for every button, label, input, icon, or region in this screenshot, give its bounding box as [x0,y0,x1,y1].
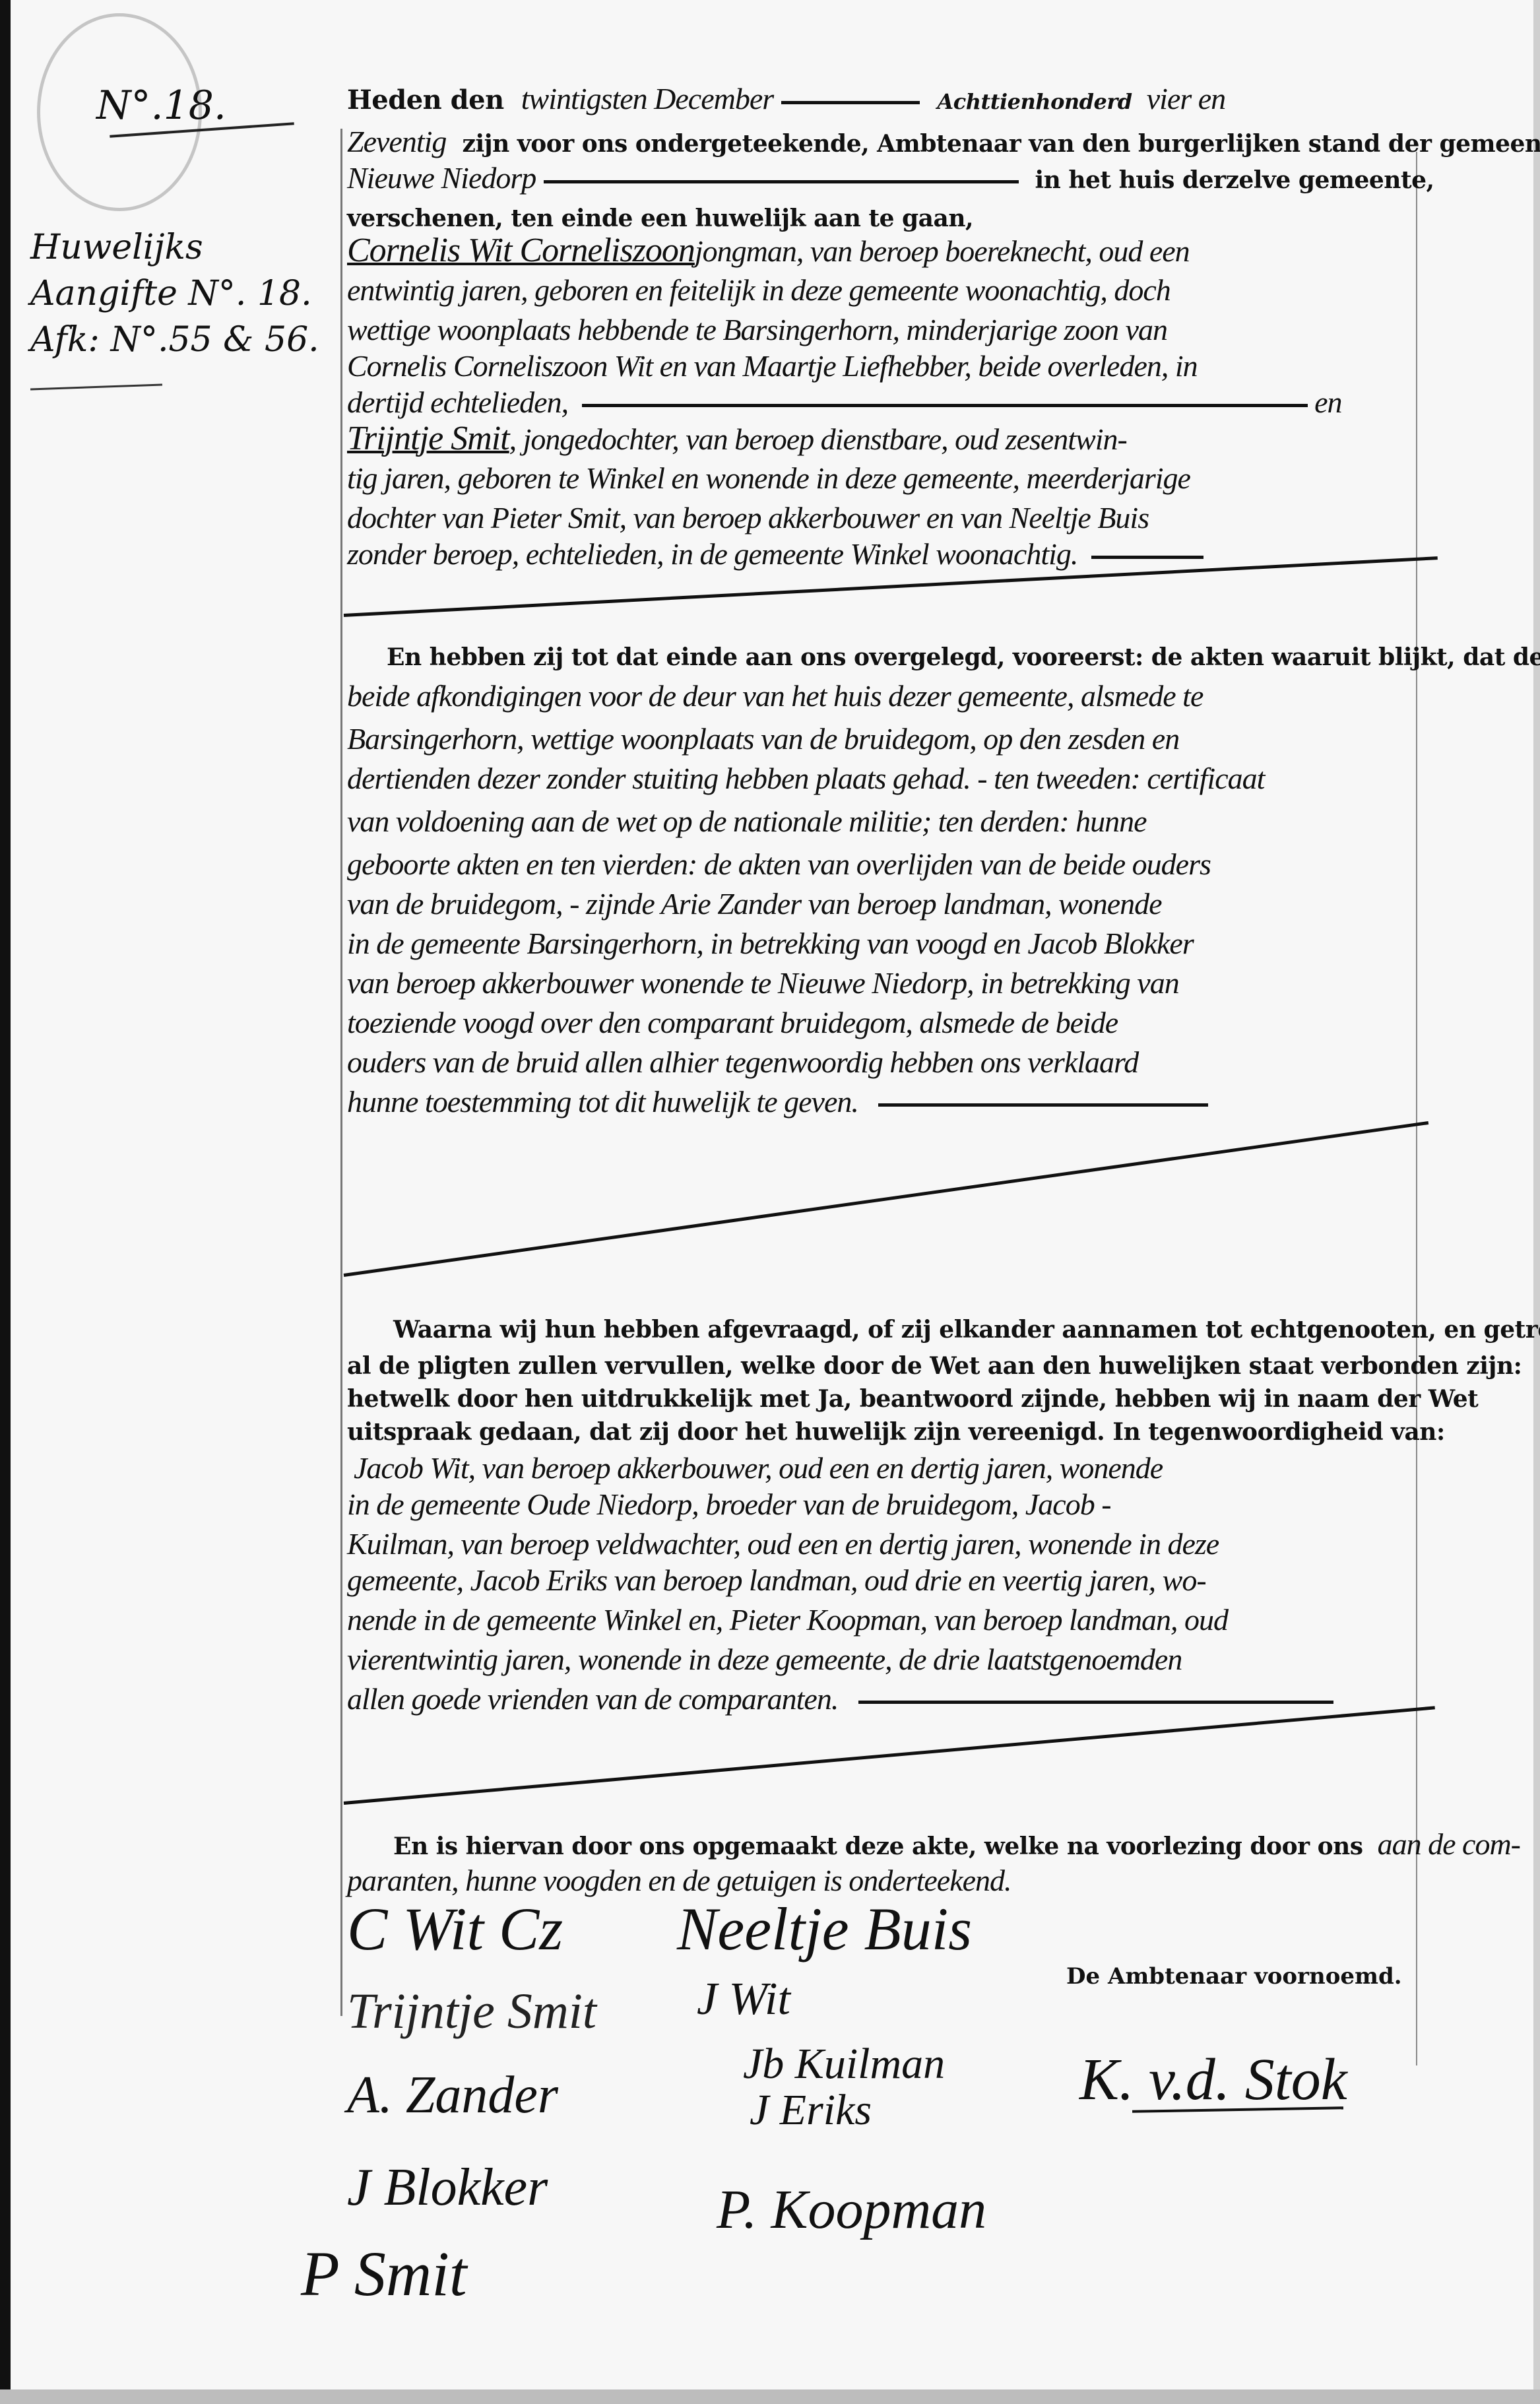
documents-line: toeziende voogd over den comparant bruid… [347,1003,1429,1043]
fill-line [781,101,920,104]
bride-name: Trijntje Smit [347,420,509,457]
signature-kuilman: Jb Kuilman [743,2039,945,2089]
handwritten-text: zonder beroep, echtelieden, in de gemeen… [347,537,1077,571]
certificate-page: N°.18. Huwelijks Aangifte N°. 18. Afk: N… [11,0,1533,2389]
signature-neeltje-buis: Neeltje Buis [677,1894,972,1964]
printed-text: En hebben zij tot dat einde aan ons over… [387,643,1540,671]
scan-border-left [0,0,11,2404]
groom-line-1: Cornelis Wit Corneliszoonjongman, van be… [347,231,1429,271]
signature-eriks: J Eriks [750,2085,872,2135]
closing-line-1: En is hiervan door ons opgemaakt deze ak… [393,1825,1475,1866]
fill-line [544,180,1019,183]
fill-line [582,404,1308,407]
ceremony-line: uitspraak gedaan, dat zij door het huwel… [347,1412,1429,1452]
groom-line-4: Cornelis Corneliszoon Wit en van Maartje… [347,346,1429,386]
printed-text: zijn voor ons ondergeteekende, Ambtenaar… [463,130,1540,158]
handwritten-year: Zeventig [347,125,446,158]
documents-line: Barsingerhorn, wettige woonplaats van de… [347,719,1429,759]
signature-groom: C Wit Cz [347,1894,563,1964]
margin-note: Aangifte N°. 18. [30,271,301,317]
documents-line: van de bruidegom, - zijnde Arie Zander v… [347,884,1429,924]
witness-line: Jacob Wit, van beroep akkerbouwer, oud e… [354,1448,1436,1488]
signature-zander: A. Zander [347,2065,558,2126]
witness-line: allen goede vrienden van de comparanten. [347,1679,1429,1719]
documents-line: in de gemeente Barsingerhorn, in betrekk… [347,924,1429,963]
header-line-2: Zeventig zijn voor ons ondergeteekende, … [347,122,1429,164]
documents-line: ouders van de bruid allen alhier tegenwo… [347,1043,1429,1082]
handwritten-date: twintigsten December [521,82,773,115]
void-strike-line [344,1121,1429,1277]
documents-intro: En hebben zij tot dat einde aan ons over… [387,637,1469,677]
groom-name: Cornelis Wit Corneliszoon [347,232,695,269]
groom-line-5: dertijd echtelieden, en [347,383,1429,422]
void-strike-line [344,1706,1435,1805]
handwritten-text: en [1314,385,1341,419]
groom-line-3: wettige woonplaats hebbende te Barsinger… [347,310,1429,350]
margin-notes: Huwelijks Aangifte N°. 18. Afk: N°.55 & … [30,224,301,363]
handwritten-year: vier en [1147,82,1225,115]
printed-text: Achttienhonderd [937,89,1132,114]
header-line-1: Heden den twintigsten December Achttienh… [347,79,1429,121]
signature-blokker: J Blokker [347,2158,548,2218]
bride-line-2: tig jaren, geboren te Winkel en wonende … [347,459,1429,498]
witness-line: Kuilman, van beroep veldwachter, oud een… [347,1524,1429,1564]
handwritten-text: aan de com- [1378,1827,1520,1861]
signature-pieter-smit: P Smit [301,2237,467,2310]
handwritten-municipality: Nieuwe Niedorp [347,161,536,195]
fill-line [878,1103,1208,1107]
documents-line: van voldoening aan de wet op de national… [347,802,1429,841]
witness-line: vierentwintig jaren, wonende in deze gem… [347,1640,1429,1679]
printed-text: Heden den [347,84,504,115]
handwritten-text: jongman, van beroep boereknecht, oud een [695,234,1190,268]
documents-line: van beroep akkerbouwer wonende te Nieuwe… [347,963,1429,1003]
scan-border-bottom [0,2389,1540,2404]
signature-jacob-wit: J Wit [697,1973,790,2026]
signature-official: K. v.d. Stok [1079,2046,1347,2114]
scan-border-right [1533,0,1540,2404]
witness-line: in de gemeente Oude Niedorp, broeder van… [347,1485,1429,1524]
bride-line-1: Trijntje Smit, jongedochter, van beroep … [347,419,1429,459]
official-label: De Ambtenaar voornoemd. [1066,1963,1402,1990]
witness-line: nende in de gemeente Winkel en, Pieter K… [347,1600,1429,1640]
bride-line-3: dochter van Pieter Smit, van beroep akke… [347,498,1429,538]
ceremony-line: Waarna wij hun hebben afgevraagd, of zij… [393,1310,1475,1349]
margin-note: Huwelijks [30,224,301,271]
handwritten-text: jongedochter, van beroep dienstbare, oud… [523,422,1127,456]
documents-line: beide afkondigingen voor de deur van het… [347,676,1429,716]
documents-line: geboorte akten en ten vierden: de akten … [347,845,1429,884]
documents-line: dertienden dezer zonder stuiting hebben … [347,759,1429,798]
header-line-3: Nieuwe Niedorp in het huis derzelve geme… [347,158,1429,200]
printed-text: verschenen, ten einde een huwelijk aan t… [347,205,973,232]
printed-text: in het huis derzelve gemeente, [1035,166,1434,194]
witness-line: gemeente, Jacob Eriks van beroep landman… [347,1561,1429,1600]
handwritten-text: hunne toestemming tot dit huwelijk te ge… [347,1085,858,1119]
fill-line [1091,556,1203,559]
printed-text: En is hiervan door ons opgemaakt deze ak… [393,1833,1363,1860]
fill-line [858,1701,1333,1704]
signature-koopman: P. Koopman [717,2178,986,2242]
documents-line: hunne toestemming tot dit huwelijk te ge… [347,1082,1429,1122]
handwritten-text: allen goede vrienden van de comparanten. [347,1682,838,1716]
signature-bride: Trijntje Smit [347,1983,596,2040]
column-rule-left [340,129,342,2016]
handwritten-text: dertijd echtelieden, [347,385,568,419]
record-number: N°.18. [96,82,226,129]
divider [30,384,162,391]
margin-note: Afk: N°.55 & 56. [30,317,301,363]
groom-line-2: entwintig jaren, geboren en feitelijk in… [347,271,1429,310]
